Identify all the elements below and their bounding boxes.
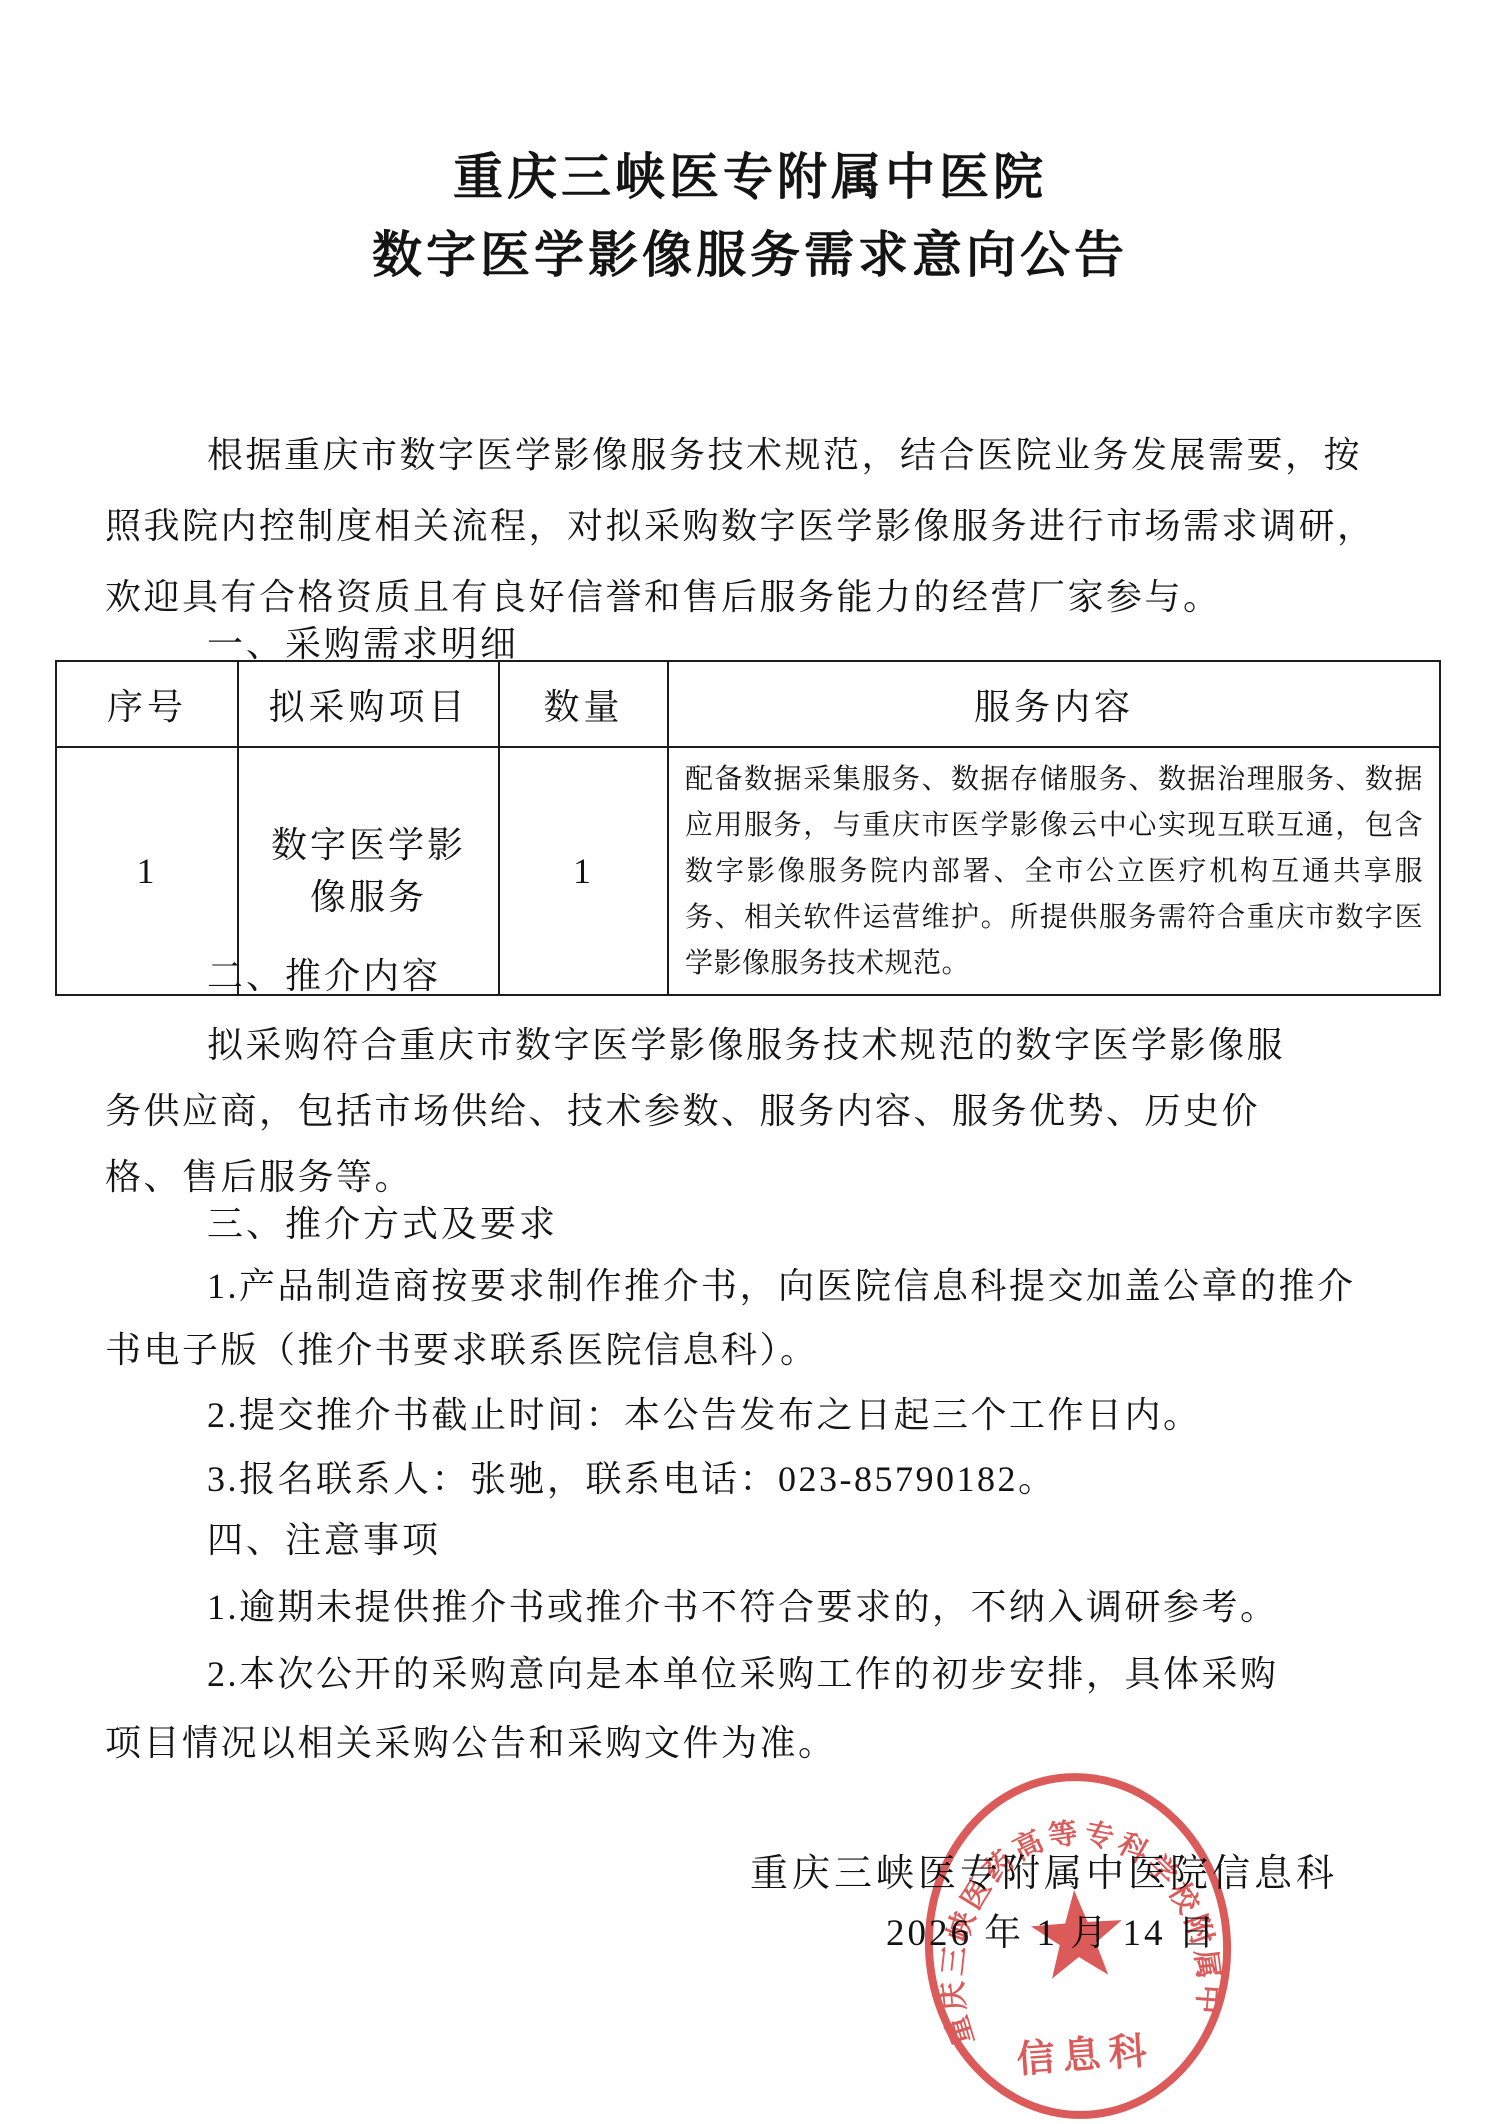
table-header-service: 服务内容 — [668, 661, 1440, 747]
section-4-item-2-line: 2.本次公开的采购意向是本单位采购工作的初步安排，具体采购 — [105, 1640, 1279, 1709]
intro-line: 根据重庆市数字医学影像服务技术规范，结合医院业务发展需要，按 — [105, 420, 1376, 491]
section-3-item-1-line: 1.产品制造商按要求制作推介书，向医院信息科提交加盖公章的推介 — [105, 1254, 1356, 1318]
table-header-row: 序号 拟采购项目 数量 服务内容 — [56, 661, 1440, 747]
section-4-item-1: 1.逾期未提供推介书或推介书不符合要求的，不纳入调研参考。 — [207, 1572, 1279, 1643]
stamp-label: 信息科 — [1015, 2030, 1156, 2082]
table-header-item: 拟采购项目 — [238, 661, 499, 747]
section-4-heading: 四、注意事项 — [207, 1512, 441, 1563]
section-3-item-1-line: 书电子版（推介书要求联系医院信息科）。 — [105, 1318, 1356, 1382]
section-2-line: 拟采购符合重庆市数字医学影像服务技术规范的数字医学影像服 — [105, 1012, 1285, 1078]
section-4-item-2: 2.本次公开的采购意向是本单位采购工作的初步安排，具体采购 项目情况以相关采购公… — [105, 1640, 1279, 1778]
intro-paragraph: 根据重庆市数字医学影像服务技术规范，结合医院业务发展需要，按 照我院内控制度相关… — [105, 420, 1376, 633]
intro-line: 照我院内控制度相关流程，对拟采购数字医学影像服务进行市场需求调研， — [105, 491, 1376, 562]
section-3-item-2: 2.提交推介书截止时间：本公告发布之日起三个工作日内。 — [207, 1380, 1202, 1451]
table-header-index: 序号 — [56, 661, 238, 747]
official-seal-stamp: 重庆三峡医药高等专科学校附属中医院 信息科 — [916, 1768, 1240, 2124]
table-header-quantity: 数量 — [499, 661, 668, 747]
section-3-heading: 三、推介方式及要求 — [207, 1196, 558, 1247]
section-3-item-1: 1.产品制造商按要求制作推介书，向医院信息科提交加盖公章的推介 书电子版（推介书… — [105, 1254, 1356, 1382]
procurement-table: 序号 拟采购项目 数量 服务内容 1 数字医学影像服务 1 配备数据采集服务、数… — [55, 660, 1441, 996]
document-page: 重庆三峡医专附属中医院 数字医学影像服务需求意向公告 根据重庆市数字医学影像服务… — [0, 0, 1500, 2124]
section-3-item-3: 3.报名联系人：张驰，联系电话：023-85790182。 — [207, 1444, 1057, 1515]
cell-quantity: 1 — [499, 747, 668, 995]
section-2-line: 务供应商，包括市场供给、技术参数、服务内容、服务优势、历史价 — [105, 1078, 1285, 1144]
title-line-1: 重庆三峡医专附属中医院 — [0, 138, 1500, 216]
title-line-2: 数字医学影像服务需求意向公告 — [0, 216, 1500, 294]
document-title: 重庆三峡医专附属中医院 数字医学影像服务需求意向公告 — [0, 138, 1500, 294]
section-2-paragraph: 拟采购符合重庆市数字医学影像服务技术规范的数字医学影像服 务供应商，包括市场供给… — [105, 1012, 1285, 1210]
cell-service-content: 配备数据采集服务、数据存储服务、数据治理服务、数据应用服务，与重庆市医学影像云中… — [668, 747, 1440, 995]
section-2-heading: 二、推介内容 — [207, 948, 441, 999]
star-icon — [1029, 1887, 1126, 1980]
